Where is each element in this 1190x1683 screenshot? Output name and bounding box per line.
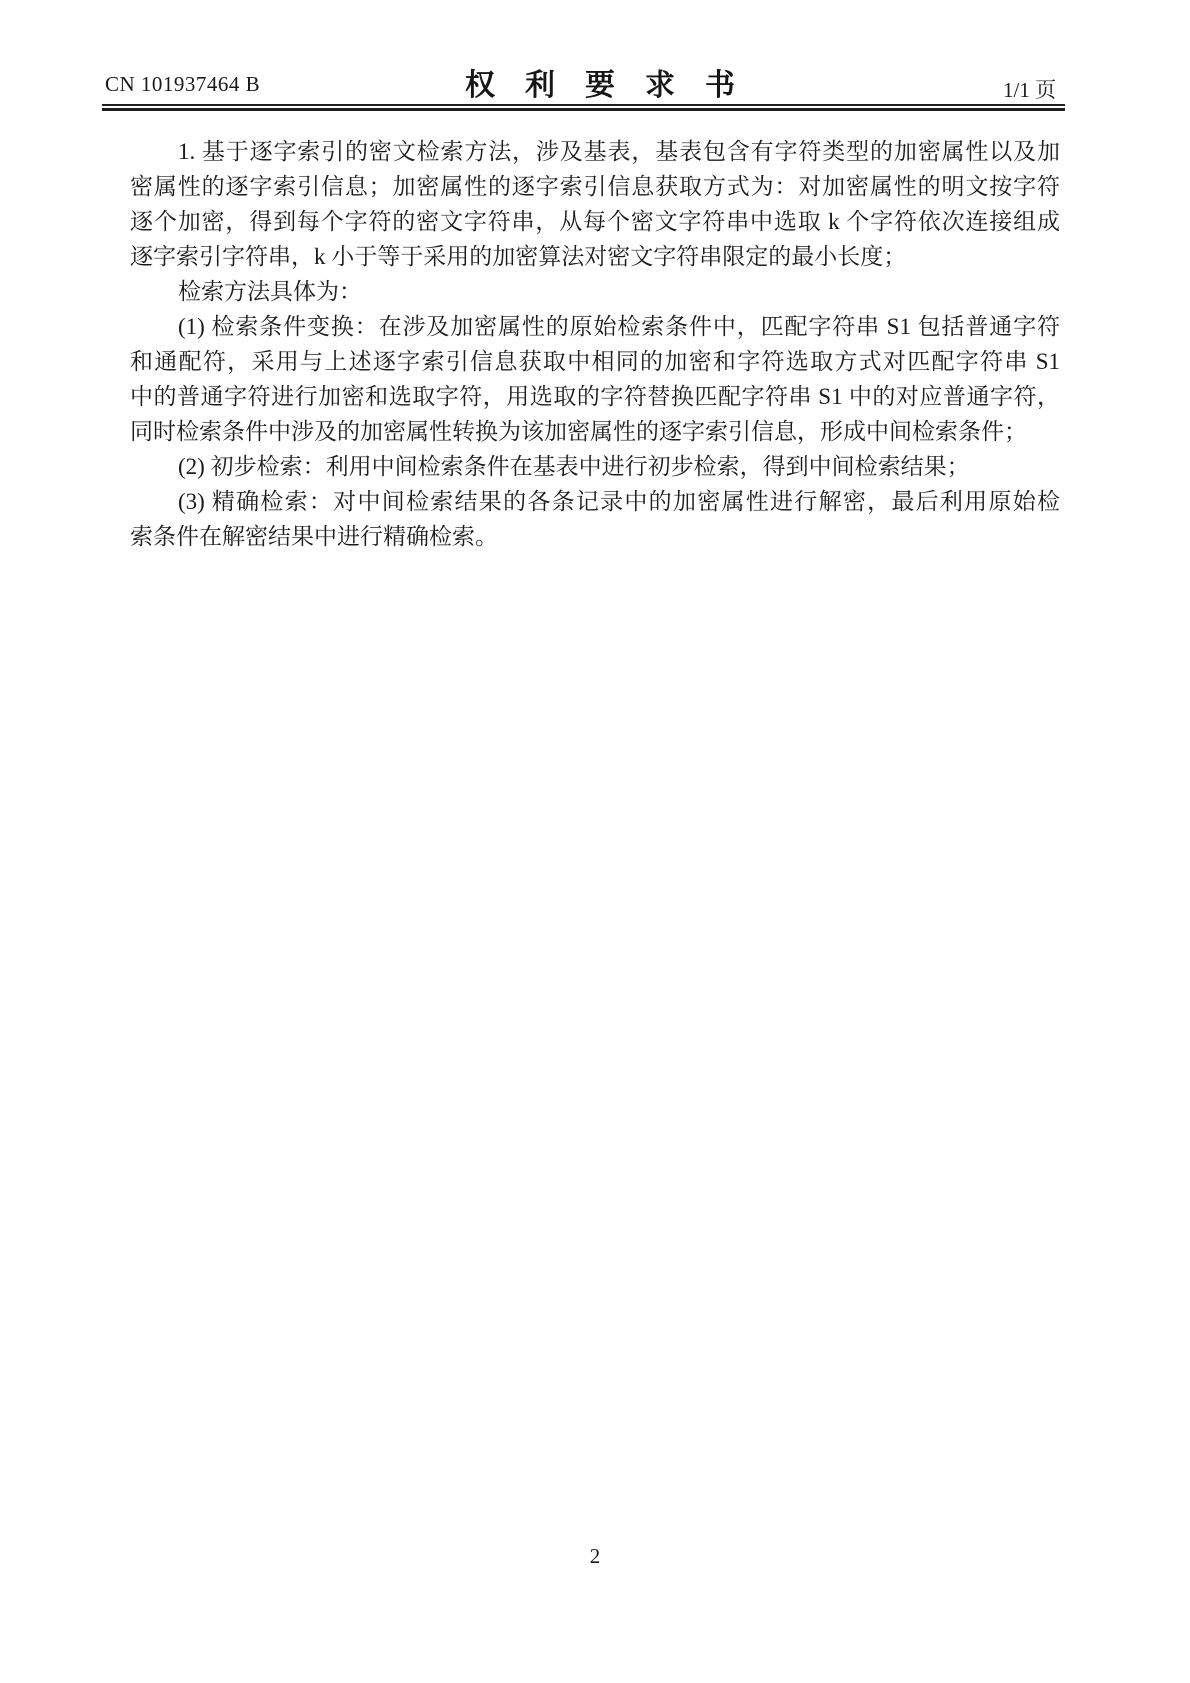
claims-body: 1. 基于逐字索引的密文检索方法，涉及基表，基表包含有字符类型的加密属性以及加密… — [130, 134, 1060, 554]
claim-line: (2) 初步检索：利用中间检索条件在基表中进行初步检索，得到中间检索结果； — [130, 449, 1060, 484]
claim-line: 1. 基于逐字索引的密文检索方法，涉及基表，基表包含有字符类型的加密属性以及加 — [130, 134, 1060, 169]
claim-line: 逐字索引字符串，k 小于等于采用的加密算法对密文字符串限定的最小长度； — [130, 239, 1060, 274]
claim-line: 和通配符，采用与上述逐字索引信息获取中相同的加密和字符选取方式对匹配字符串 S1 — [130, 344, 1060, 379]
claim-line: 密属性的逐字索引信息；加密属性的逐字索引信息获取方式为：对加密属性的明文按字符 — [130, 169, 1060, 204]
document-number: CN 101937464 B — [105, 72, 260, 97]
claim-line: 检索方法具体为： — [130, 274, 1060, 309]
page-indicator: 1/1 页 — [1003, 74, 1056, 104]
claim-line: 中的普通字符进行加密和选取字符，用选取的字符替换匹配字符串 S1 中的对应普通字… — [130, 379, 1060, 414]
claim-line: 逐个加密，得到每个字符的密文字符串，从每个密文字符串中选取 k 个字符依次连接组… — [130, 204, 1060, 239]
page-footer: 2 — [0, 1544, 1190, 1569]
page-title: 权利要求书 — [465, 60, 765, 104]
patent-claims-page: CN 101937464 B 权利要求书 1/1 页 1. 基于逐字索引的密文检… — [0, 0, 1190, 1683]
claim-line: (3) 精确检索：对中间检索结果的各条记录中的加密属性进行解密，最后利用原始检 — [130, 484, 1060, 519]
claim-line: 索条件在解密结果中进行精确检索。 — [130, 519, 1060, 554]
claim-line: 同时检索条件中涉及的加密属性转换为该加密属性的逐字索引信息，形成中间检索条件； — [130, 414, 1060, 449]
page-number: 2 — [590, 1544, 601, 1568]
claim-line: (1) 检索条件变换：在涉及加密属性的原始检索条件中，匹配字符串 S1 包括普通… — [130, 309, 1060, 344]
header-rule — [102, 104, 1065, 111]
